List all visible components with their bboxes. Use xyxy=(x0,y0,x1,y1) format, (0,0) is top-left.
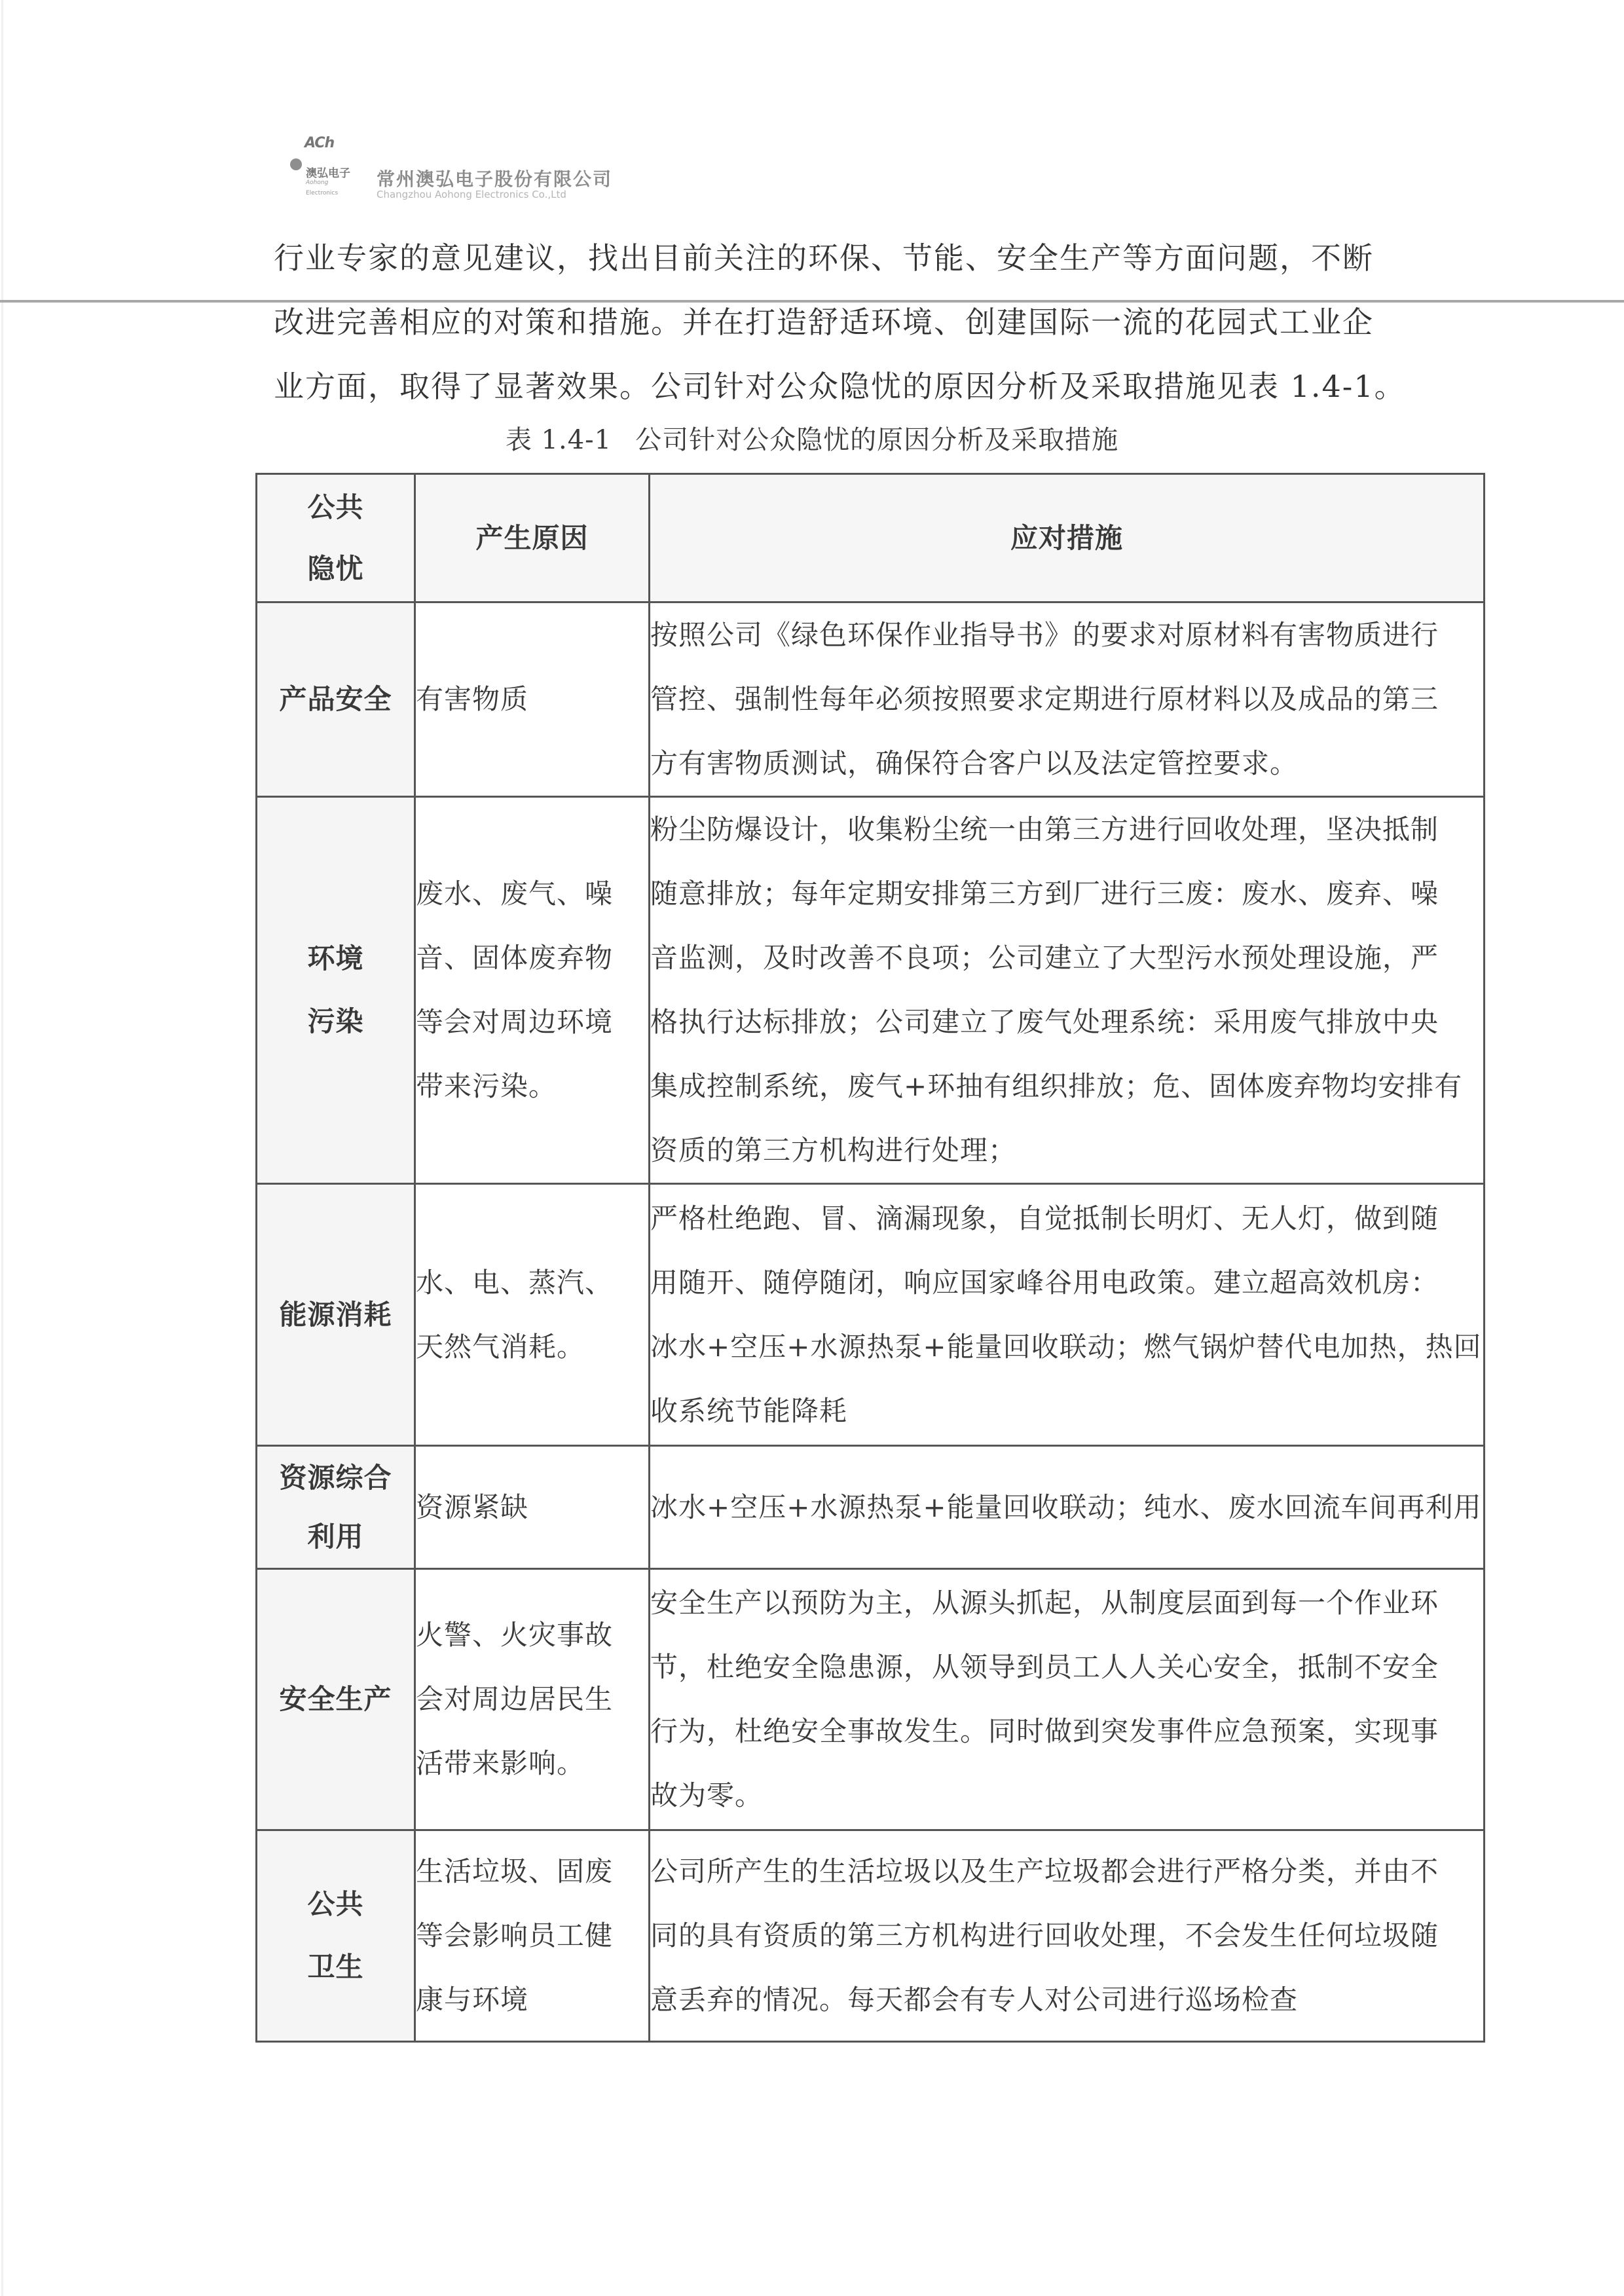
measure-cell: 按照公司《绿色环保作业指导书》的要求对原材料有害物质进行 管控、强制性每年必须按… xyxy=(650,602,1485,797)
measures-table-wrapper: 公共 隐忧 产生原因 应对措施 产品安全 有害物质 按照公司《绿色环保作业指导书… xyxy=(255,473,1483,2043)
cause-line: 等会影响员工健 xyxy=(416,1904,648,1968)
concern-cell: 产品安全 xyxy=(257,602,415,797)
cause-line: 天然气消耗。 xyxy=(416,1315,648,1379)
logo-mark: ACh xyxy=(304,135,334,151)
table-row: 环境 污染 废水、废气、噪 音、固体废弃物 等会对周边环境 带来污染。 粉尘防爆… xyxy=(257,797,1485,1184)
scan-edge-mark xyxy=(1,0,3,2296)
concern-line: 公共 xyxy=(257,1873,414,1936)
cause-line: 有害物质 xyxy=(416,667,648,731)
measure-line: 公司所产生的生活垃圾以及生产垃圾都会进行严格分类，并由不 xyxy=(650,1840,1483,1904)
concern-line: 环境 xyxy=(257,927,414,990)
measure-line: 安全生产以预防为主，从源头抓起，从制度层面到每一个作业环 xyxy=(650,1571,1483,1635)
measure-line: 格执行达标排放；公司建立了废气处理系统：采用废气排放中央 xyxy=(650,990,1483,1054)
cause-line: 等会对周边环境 xyxy=(416,990,648,1054)
concern-line: 能源消耗 xyxy=(257,1284,414,1346)
concern-cell: 公共 卫生 xyxy=(257,1830,415,2042)
company-name-cn: 常州澳弘电子股份有限公司 xyxy=(377,165,612,191)
header-concern-line: 公共 xyxy=(257,477,414,538)
measure-line: 资质的第三方机构进行处理； xyxy=(650,1119,1483,1183)
measure-line: 音监测，及时改善不良项；公司建立了大型污水预处理设施，严 xyxy=(650,926,1483,990)
concern-cell: 环境 污染 xyxy=(257,797,415,1184)
cause-line: 资源紧缺 xyxy=(416,1475,648,1540)
header-concern: 公共 隐忧 xyxy=(257,474,415,602)
header-measure: 应对措施 xyxy=(650,474,1485,602)
measure-line: 方有害物质测试，确保符合客户以及法定管控要求。 xyxy=(650,731,1483,796)
concern-line: 卫生 xyxy=(257,1936,414,1999)
measure-line: 故为零。 xyxy=(650,1764,1483,1828)
concern-line: 产品安全 xyxy=(257,668,414,731)
measure-line: 冰水+空压+水源热泵+能量回收联动；燃气锅炉替代电加热，热回 xyxy=(650,1315,1483,1379)
measure-line: 节，杜绝安全隐患源，从领导到员工人人关心安全，抵制不安全 xyxy=(650,1635,1483,1699)
measure-cell: 冰水+空压+水源热泵+能量回收联动；纯水、废水回流车间再利用 xyxy=(650,1446,1485,1569)
cause-line: 康与环境 xyxy=(416,1968,648,2032)
header-rule-divider xyxy=(0,300,1624,303)
measure-line: 随意排放；每年定期安排第三方到厂进行三废：废水、废弃、噪 xyxy=(650,862,1483,926)
measure-line: 意丢弃的情况。每天都会有专人对公司进行巡场检查 xyxy=(650,1968,1483,2032)
measure-cell: 严格杜绝跑、冒、滴漏现象，自觉抵制长明灯、无人灯，做到随 用随开、随停随闭，响应… xyxy=(650,1184,1485,1446)
concern-line: 利用 xyxy=(257,1508,414,1566)
letterhead: ACh 澳弘电子 Aohong Electronics 常州澳弘电子股份有限公司… xyxy=(278,131,737,210)
cause-line: 废水、废气、噪 xyxy=(416,862,648,926)
public-concerns-table: 公共 隐忧 产生原因 应对措施 产品安全 有害物质 按照公司《绿色环保作业指导书… xyxy=(255,473,1485,2043)
table-row: 能源消耗 水、电、蒸汽、 天然气消耗。 严格杜绝跑、冒、滴漏现象，自觉抵制长明灯… xyxy=(257,1184,1485,1446)
table-row: 公共 卫生 生活垃圾、固废 等会影响员工健 康与环境 公司所产生的生活垃圾以及生… xyxy=(257,1830,1485,2042)
concern-cell: 安全生产 xyxy=(257,1569,415,1830)
table-row: 安全生产 火警、火灾事故 会对周边居民生 活带来影响。 安全生产以预防为主，从源… xyxy=(257,1569,1485,1830)
header-cause: 产生原因 xyxy=(415,474,650,602)
table-title: 公司针对公众隐忧的原因分析及采取措施 xyxy=(635,425,1118,455)
measure-line: 严格杜绝跑、冒、滴漏现象，自觉抵制长明灯、无人灯，做到随 xyxy=(650,1187,1483,1251)
cause-line: 会对周边居民生 xyxy=(416,1667,648,1731)
logo-en-name-1: Aohong xyxy=(306,179,328,186)
concern-line: 污染 xyxy=(257,990,414,1053)
measure-line: 冰水+空压+水源热泵+能量回收联动；纯水、废水回流车间再利用 xyxy=(650,1475,1483,1540)
paragraph-line: 行业专家的意见建议，找出目前关注的环保、节能、安全生产等方面问题，不断 xyxy=(274,226,1439,290)
measure-line: 行为，杜绝安全事故发生。同时做到突发事件应急预案，实现事 xyxy=(650,1699,1483,1764)
table-header-row: 公共 隐忧 产生原因 应对措施 xyxy=(257,474,1485,602)
measure-cell: 粉尘防爆设计，收集粉尘统一由第三方进行回收处理，坚决抵制 随意排放；每年定期安排… xyxy=(650,797,1485,1184)
cause-cell: 火警、火灾事故 会对周边居民生 活带来影响。 xyxy=(415,1569,650,1830)
cause-line: 活带来影响。 xyxy=(416,1731,648,1796)
cause-line: 火警、火灾事故 xyxy=(416,1603,648,1667)
concern-cell: 能源消耗 xyxy=(257,1184,415,1446)
company-logo: ACh 澳弘电子 Aohong Electronics xyxy=(278,131,370,210)
measure-line: 用随开、随停随闭，响应国家峰谷用电政策。建立超高效机房： xyxy=(650,1251,1483,1315)
measure-line: 收系统节能降耗 xyxy=(650,1379,1483,1443)
measure-line: 管控、强制性每年必须按照要求定期进行原材料以及成品的第三 xyxy=(650,667,1483,731)
measure-line: 按照公司《绿色环保作业指导书》的要求对原材料有害物质进行 xyxy=(650,603,1483,667)
concern-line: 资源综合 xyxy=(257,1449,414,1508)
cause-cell: 水、电、蒸汽、 天然气消耗。 xyxy=(415,1184,650,1446)
table-row: 产品安全 有害物质 按照公司《绿色环保作业指导书》的要求对原材料有害物质进行 管… xyxy=(257,602,1485,797)
cause-line: 音、固体废弃物 xyxy=(416,926,648,990)
cause-cell: 生活垃圾、固废 等会影响员工健 康与环境 xyxy=(415,1830,650,2042)
measure-cell: 公司所产生的生活垃圾以及生产垃圾都会进行严格分类，并由不 同的具有资质的第三方机… xyxy=(650,1830,1485,2042)
cause-cell: 资源紧缺 xyxy=(415,1446,650,1569)
concern-line: 安全生产 xyxy=(257,1668,414,1731)
cause-line: 生活垃圾、固废 xyxy=(416,1840,648,1904)
logo-cn-name: 澳弘电子 xyxy=(306,164,350,180)
logo-en-name-2: Electronics xyxy=(306,190,338,196)
concern-cell: 资源综合 利用 xyxy=(257,1446,415,1569)
table-caption: 表 1.4-1公司针对公众隐忧的原因分析及采取措施 xyxy=(0,419,1624,456)
paragraph-line: 业方面，取得了显著效果。公司针对公众隐忧的原因分析及采取措施见表 1.4-1。 xyxy=(274,354,1439,418)
cause-cell: 有害物质 xyxy=(415,602,650,797)
body-paragraph: 行业专家的意见建议，找出目前关注的环保、节能、安全生产等方面问题，不断 改进完善… xyxy=(274,226,1439,418)
table-number: 表 1.4-1 xyxy=(506,425,612,455)
logo-dot-icon xyxy=(290,158,302,170)
cause-line: 带来污染。 xyxy=(416,1054,648,1119)
measure-cell: 安全生产以预防为主，从源头抓起，从制度层面到每一个作业环 节，杜绝安全隐患源，从… xyxy=(650,1569,1485,1830)
cause-line: 水、电、蒸汽、 xyxy=(416,1251,648,1315)
company-name-en: Changzhou Aohong Electronics Co.,Ltd xyxy=(377,189,566,200)
header-concern-line: 隐忧 xyxy=(257,538,414,600)
measure-line: 同的具有资质的第三方机构进行回收处理，不会发生任何垃圾随 xyxy=(650,1904,1483,1968)
measure-line: 粉尘防爆设计，收集粉尘统一由第三方进行回收处理，坚决抵制 xyxy=(650,798,1483,862)
table-row: 资源综合 利用 资源紧缺 冰水+空压+水源热泵+能量回收联动；纯水、废水回流车间… xyxy=(257,1446,1485,1569)
measure-line: 集成控制系统，废气+环抽有组织排放；危、固体废弃物均安排有 xyxy=(650,1054,1483,1119)
cause-cell: 废水、废气、噪 音、固体废弃物 等会对周边环境 带来污染。 xyxy=(415,797,650,1184)
